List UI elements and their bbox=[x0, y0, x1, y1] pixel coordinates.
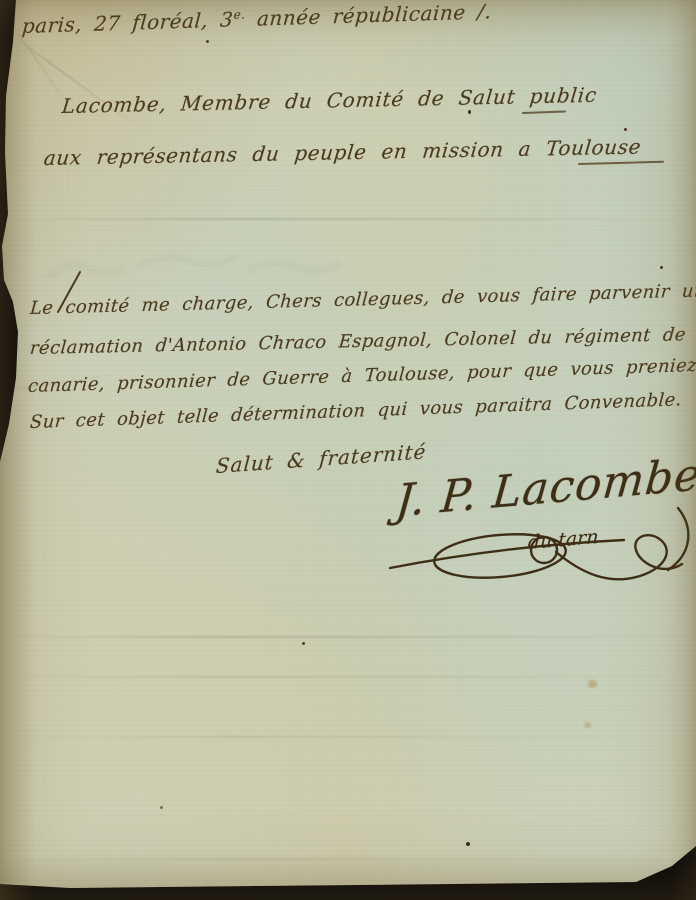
speck bbox=[660, 266, 663, 269]
speck bbox=[206, 40, 209, 43]
stain bbox=[584, 722, 591, 728]
speck bbox=[302, 642, 305, 645]
fold-crease bbox=[0, 636, 696, 638]
recipient-line: aux représentans du peuple en mission a … bbox=[43, 135, 643, 171]
speck bbox=[160, 806, 163, 809]
paper-sheet: paris, 27 floréal, 3e. année républicain… bbox=[0, 0, 696, 900]
dateline-suffix: année républicaine /. bbox=[244, 0, 492, 31]
signature-note: du tarn bbox=[527, 526, 599, 554]
dateline-prefix: paris, 27 floréal, 3 bbox=[21, 7, 234, 38]
signature: J. P. Lacombe bbox=[394, 449, 696, 527]
speck bbox=[466, 842, 470, 846]
dateline: paris, 27 floréal, 3e. année républicain… bbox=[21, 0, 492, 38]
stain bbox=[588, 680, 597, 688]
fold-crease bbox=[0, 858, 696, 860]
fold-crease bbox=[0, 736, 696, 738]
sender-line: Lacombe, Membre du Comité de Salut publi… bbox=[61, 83, 598, 118]
body-line: canarie, prisonnier de Guerre à Toulouse… bbox=[27, 355, 696, 397]
pen-dash bbox=[522, 110, 566, 114]
pen-underline bbox=[578, 161, 664, 165]
speck bbox=[468, 110, 471, 114]
closing-salutation: Salut & fraternité bbox=[215, 439, 427, 478]
body-line: Le comité me charge, Chers collegues, de… bbox=[29, 280, 696, 319]
body-line: réclamation d'Antonio Chraco Espagnol, C… bbox=[29, 324, 687, 359]
body-line: Sur cet objet telle détermination qui vo… bbox=[29, 389, 682, 433]
letter-scan: paris, 27 floréal, 3e. année républicain… bbox=[0, 0, 696, 900]
fold-crease bbox=[0, 676, 696, 678]
speck bbox=[624, 128, 627, 131]
fold-crease bbox=[0, 218, 696, 220]
